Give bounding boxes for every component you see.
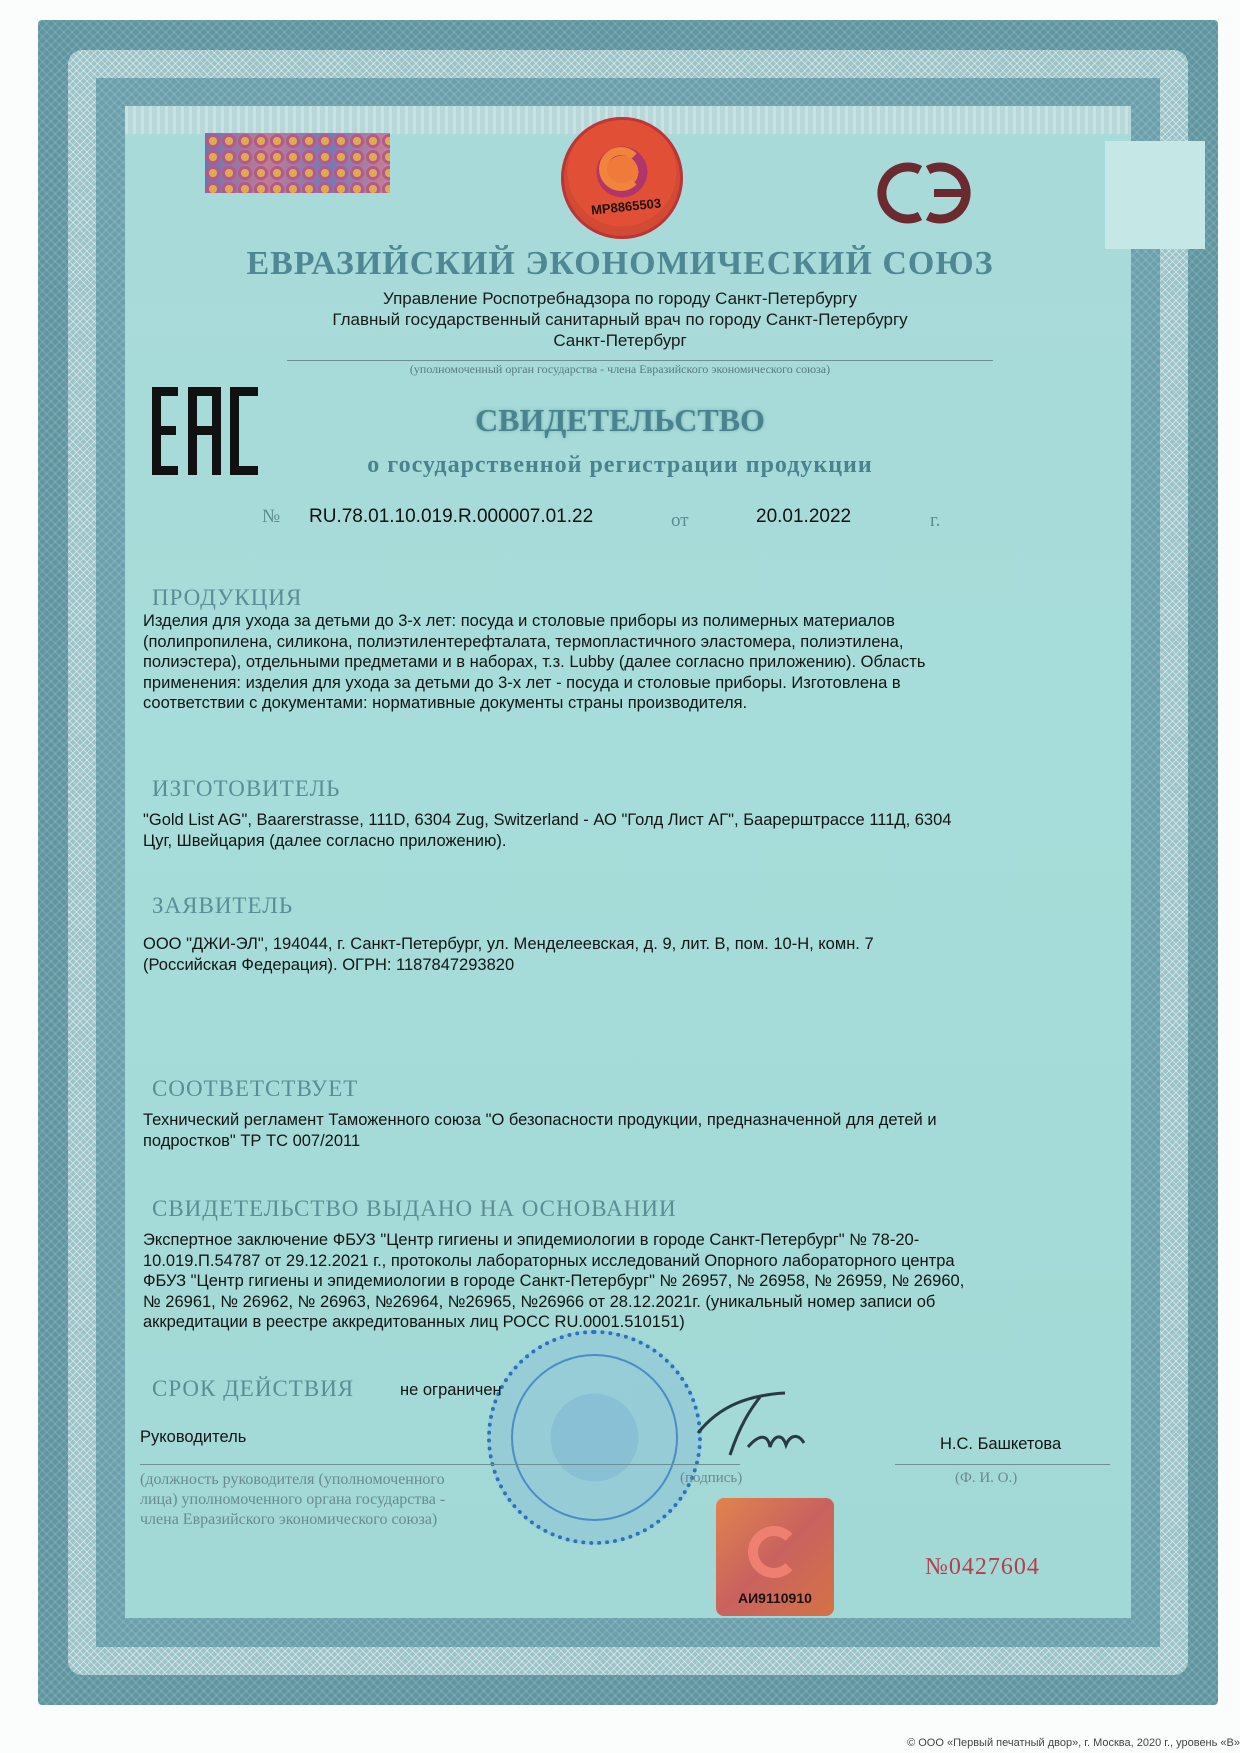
- caption-line: члена Евразийского экономического союза): [140, 1510, 445, 1530]
- watermark-area: [1105, 141, 1205, 249]
- hologram-bottom-code: АИ9110910: [738, 1590, 812, 1606]
- section-body-applicant: ООО "ДЖИ-ЭЛ", 194044, г. Санкт-Петербург…: [143, 934, 1093, 975]
- certificate-date: 20.01.2022: [756, 506, 851, 528]
- section-heading-manufacturer: ИЗГОТОВИТЕЛЬ: [152, 776, 340, 802]
- position-caption: (должность руководителя (уполномоченного…: [140, 1470, 445, 1530]
- printer-imprint: © ООО «Первый печатный двор», г. Москва,…: [907, 1737, 1240, 1749]
- signature-icon: [690, 1385, 820, 1465]
- certificate-title: СВИДЕТЕЛЬСТВО: [0, 402, 1240, 439]
- text-line: ФБУЗ "Центр гигиены и эпидемиологии в го…: [143, 1271, 1093, 1292]
- text-line: аккредитации в реестре аккредитованных л…: [143, 1312, 1093, 1333]
- section-heading-applicant: ЗАЯВИТЕЛЬ: [152, 893, 293, 919]
- year-suffix: г.: [930, 510, 940, 532]
- text-line: применения: изделия для ухода за детьми …: [143, 673, 1093, 694]
- text-line: подростков" ТР ТС 007/2011: [143, 1131, 1093, 1152]
- text-line: соответствии с документами: нормативные …: [143, 693, 1093, 714]
- text-line: 10.019.П.54787 от 29.12.2021 г., протоко…: [143, 1251, 1093, 1272]
- text-line: (Российская Федерация). ОГРН: 1187847293…: [143, 955, 1093, 976]
- number-label: №: [262, 506, 280, 528]
- text-line: Технический регламент Таможенного союза …: [143, 1110, 1093, 1131]
- authority-caption: (уполномоченный орган государства - член…: [0, 362, 1240, 377]
- issuing-authority: Управление Роспотребнадзора по городу Са…: [0, 288, 1240, 351]
- rospotrebnadzor-logo-icon: [748, 1526, 800, 1578]
- text-line: ООО "ДЖИ-ЭЛ", 194044, г. Санкт-Петербург…: [143, 934, 1093, 955]
- position-line: [140, 1464, 740, 1465]
- section-body-conforms: Технический регламент Таможенного союза …: [143, 1110, 1093, 1151]
- date-label: от: [671, 510, 689, 532]
- text-line: (полипропилена, силикона, полиэтилентере…: [143, 632, 1093, 653]
- signature-caption: (подпись): [680, 1470, 742, 1487]
- text-line: Цуг, Швейцария (далее согласно приложени…: [143, 831, 1093, 852]
- signer-name: Н.С. Башкетова: [940, 1434, 1061, 1455]
- name-caption: (Ф. И. О.): [955, 1470, 1017, 1487]
- section-heading-basis: СВИДЕТЕЛЬСТВО ВЫДАНО НА ОСНОВАНИИ: [152, 1196, 677, 1222]
- hologram-strip: [205, 133, 390, 193]
- section-heading-validity: СРОК ДЕЙСТВИЯ: [152, 1376, 354, 1402]
- certificate-subtitle: о государственной регистрации продукции: [0, 452, 1240, 479]
- section-body-product: Изделия для ухода за детьми до 3-х лет: …: [143, 611, 1093, 714]
- section-body-manufacturer: "Gold List AG", Baarerstrasse, 111D, 630…: [143, 810, 1093, 851]
- validity-value: не ограничен: [400, 1380, 502, 1401]
- authority-line: Санкт-Петербург: [0, 330, 1240, 351]
- text-line: Экспертное заключение ФБУЗ "Центр гигиен…: [143, 1230, 1093, 1251]
- authority-line: Главный государственный санитарный врач …: [0, 309, 1240, 330]
- authority-underline: [287, 360, 993, 361]
- official-stamp: [487, 1330, 702, 1545]
- authority-line: Управление Роспотребнадзора по городу Са…: [0, 288, 1240, 309]
- certificate-number: RU.78.01.10.019.R.000007.01.22: [309, 506, 593, 528]
- section-body-basis: Экспертное заключение ФБУЗ "Центр гигиен…: [143, 1230, 1093, 1333]
- section-heading-product: ПРОДУКЦИЯ: [152, 585, 302, 611]
- hologram-top-code: МР8865503: [590, 195, 661, 217]
- text-line: № 26961, № 26962, № 26963, №26964, №2696…: [143, 1292, 1093, 1313]
- signer-role: Руководитель: [140, 1427, 246, 1448]
- form-serial-number: №0427604: [925, 1554, 1040, 1581]
- text-line: "Gold List AG", Baarerstrasse, 111D, 630…: [143, 810, 1093, 831]
- union-title: ЕВРАЗИЙСКИЙ ЭКОНОМИЧЕСКИЙ СОЮЗ: [0, 245, 1240, 283]
- caption-line: (должность руководителя (уполномоченного: [140, 1470, 445, 1490]
- hologram-seal-bottom: АИ9110910: [716, 1498, 834, 1616]
- rospotrebnadzor-logo-icon: [599, 147, 643, 191]
- text-line: полиэстера), отдельными предметами и в н…: [143, 652, 1093, 673]
- caption-line: лица) уполномоченного органа государства…: [140, 1490, 445, 1510]
- name-line: [895, 1464, 1110, 1465]
- section-heading-conforms: СООТВЕТСТВУЕТ: [152, 1076, 358, 1102]
- text-line: Изделия для ухода за детьми до 3-х лет: …: [143, 611, 1093, 632]
- hologram-seal-top: МР8865503: [561, 117, 683, 239]
- eurasian-conformity-mark-icon: [872, 160, 982, 226]
